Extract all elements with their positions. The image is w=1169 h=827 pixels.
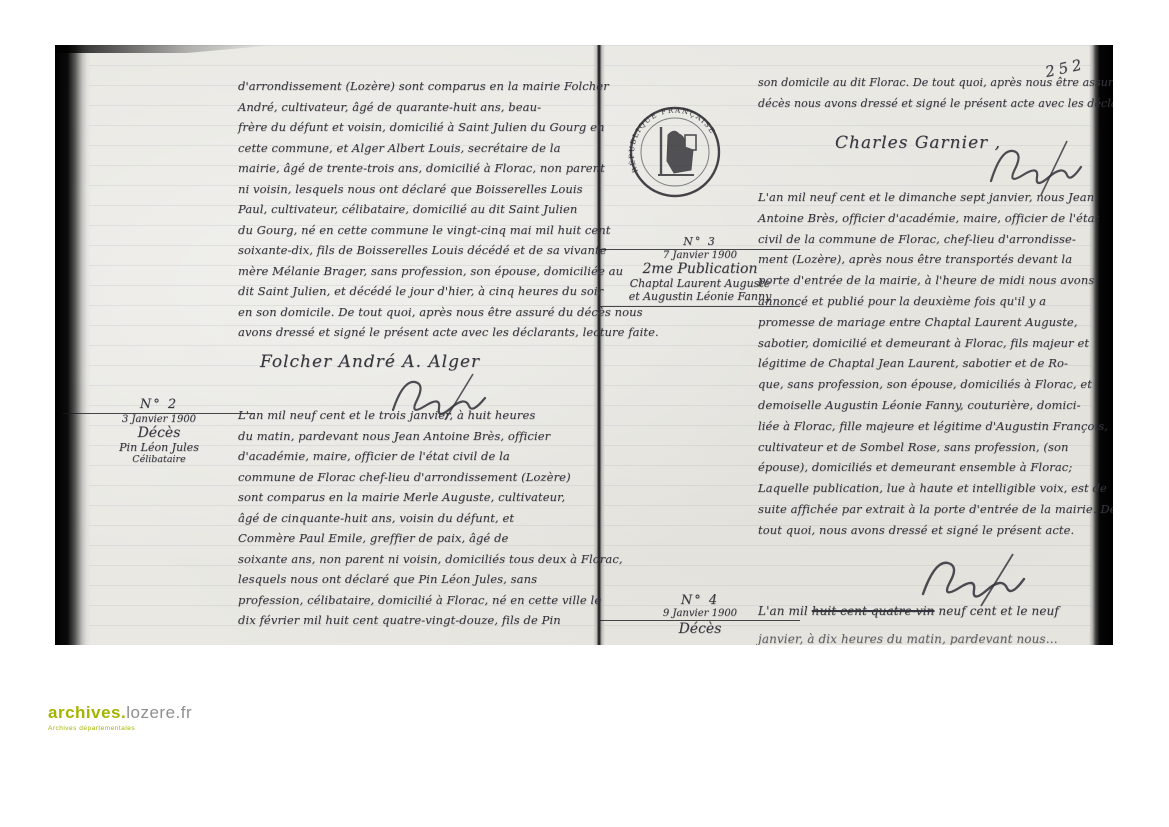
handwritten-line: Paul, cultivateur, célibataire, domicili… [238, 199, 600, 220]
handwritten-line: demoiselle Augustin Léonie Fanny, coutur… [758, 395, 1106, 416]
handwritten-line: L'an mil neuf cent et le trois janvier, … [238, 405, 600, 426]
book-left-edge [55, 45, 91, 645]
handwritten-line: du matin, pardevant nous Jean Antoine Br… [238, 426, 600, 447]
republique-francaise-seal-icon: RÉPUBLIQUE FRANÇAISE [628, 105, 722, 199]
handwritten-line: son domicile au dit Florac. De tout quoi… [758, 73, 1106, 94]
handwritten-line: épouse), domiciliés et demeurant ensembl… [758, 457, 1106, 478]
act2-name: Pin Léon Jules [63, 441, 255, 454]
handwritten-line: que, sans profession, son épouse, domici… [758, 374, 1106, 395]
archives-lozere-logo: archives.lozere.fr Archives départementa… [48, 703, 192, 732]
handwritten-line: d'académie, maire, officier de l'état ci… [238, 446, 600, 467]
handwritten-line: lesquels nous ont déclaré que Pin Léon J… [238, 569, 600, 590]
act2-type: Décès [63, 425, 255, 441]
margin-note-act2: N° 2 3 Janvier 1900 Décès Pin Léon Jules… [63, 397, 255, 465]
archive-viewer-page: 252 d'arrondissement (Lozère) sont compa… [0, 0, 1169, 827]
act2-declarant-signatures: Charles Garnier , [835, 133, 1001, 153]
handwritten-line: soixante ans, non parent ni voisin, domi… [238, 549, 600, 570]
handwritten-line: ment (Lozère), après nous être transport… [758, 249, 1106, 270]
logo-lozere-text: lozere.fr [126, 703, 192, 722]
handwritten-line: mère Mélanie Brager, sans profession, so… [238, 261, 600, 282]
act4-line2: janvier, à dix heures du matin, pardevan… [758, 625, 1110, 645]
handwritten-line: suite affichée par extrait à la porte d'… [758, 499, 1106, 520]
act2-number: N° 2 [63, 397, 255, 412]
act4-line1-pre: L'an mil [758, 604, 812, 618]
handwritten-line: mairie, âgé de trente-trois ans, domicil… [238, 158, 600, 179]
handwritten-line: âgé de cinquante-huit ans, voisin du déf… [238, 508, 600, 529]
handwritten-line: Commère Paul Emile, greffier de paix, âg… [238, 528, 600, 549]
handwritten-line: en son domicile. De tout quoi, après nou… [238, 302, 600, 323]
act2-status: Célibataire [63, 454, 255, 465]
logo-archives-text: archives. [48, 703, 126, 722]
handwritten-line: André, cultivateur, âgé de quarante-huit… [238, 97, 600, 118]
handwritten-line: promesse de mariage entre Chaptal Lauren… [758, 312, 1106, 333]
handwritten-line: Laquelle publication, lue à haute et int… [758, 478, 1106, 499]
act1-witness-signatures: Folcher André A. Alger [260, 352, 480, 372]
handwritten-line: cette commune, et Alger Albert Louis, se… [238, 138, 600, 159]
handwritten-line: commune de Florac chef-lieu d'arrondisse… [238, 467, 600, 488]
handwritten-line: du Gourg, né en cette commune le vingt-c… [238, 220, 600, 241]
handwritten-line: dit Saint Julien, et décédé le jour d'hi… [238, 281, 600, 302]
death-act-4-start: L'an mil huit cent quatre-vin neuf cent … [758, 597, 1110, 645]
handwritten-line: profession, célibataire, domicilié à Flo… [238, 590, 600, 611]
death-act-1-continuation: d'arrondissement (Lozère) sont comparus … [238, 76, 600, 343]
death-act-2-end: son domicile au dit Florac. De tout quoi… [758, 73, 1106, 114]
logo-subtitle: Archives départementales [48, 725, 192, 732]
marriage-publication-act-3: L'an mil neuf cent et le dimanche sept j… [758, 187, 1106, 541]
handwritten-line: sabotier, domicilié et demeurant à Flora… [758, 333, 1106, 354]
handwritten-line: soixante-dix, fils de Boisserelles Louis… [238, 240, 600, 261]
death-act-2: L'an mil neuf cent et le trois janvier, … [238, 405, 600, 631]
handwritten-line: dix février mil huit cent quatre-vingt-d… [238, 610, 600, 631]
handwritten-line: civil de la commune de Florac, chef-lieu… [758, 229, 1106, 250]
handwritten-line: tout quoi, nous avons dressé et signé le… [758, 520, 1106, 541]
registry-scan-image: 252 d'arrondissement (Lozère) sont compa… [55, 45, 1113, 645]
act2-date: 3 Janvier 1900 [63, 414, 255, 425]
handwritten-line: légitime de Chaptal Jean Laurent, saboti… [758, 353, 1106, 374]
handwritten-line: liée à Florac, fille majeure et légitime… [758, 416, 1106, 437]
handwritten-line: porte d'entrée de la mairie, à l'heure d… [758, 270, 1106, 291]
handwritten-line: frère du défunt et voisin, domicilié à S… [238, 117, 600, 138]
act4-struck-text: huit cent quatre-vin [812, 604, 935, 618]
handwritten-line: avons dressé et signé le présent acte av… [238, 322, 600, 343]
act4-line1-post: neuf cent et le neuf [934, 604, 1058, 618]
handwritten-line: d'arrondissement (Lozère) sont comparus … [238, 76, 600, 97]
handwritten-line: annoncé et publié pour la deuxième fois … [758, 291, 1106, 312]
seated-liberty-figure [658, 127, 696, 175]
handwritten-line: cultivateur et de Sombel Rose, sans prof… [758, 437, 1106, 458]
handwritten-line: décès nous avons dressé et signé le prés… [758, 94, 1106, 115]
handwritten-line: Antoine Brès, officier d'académie, maire… [758, 208, 1106, 229]
handwritten-line: sont comparus en la mairie Merle Auguste… [238, 487, 600, 508]
handwritten-line: ni voisin, lesquels nous ont déclaré que… [238, 179, 600, 200]
handwritten-line: L'an mil neuf cent et le dimanche sept j… [758, 187, 1106, 208]
